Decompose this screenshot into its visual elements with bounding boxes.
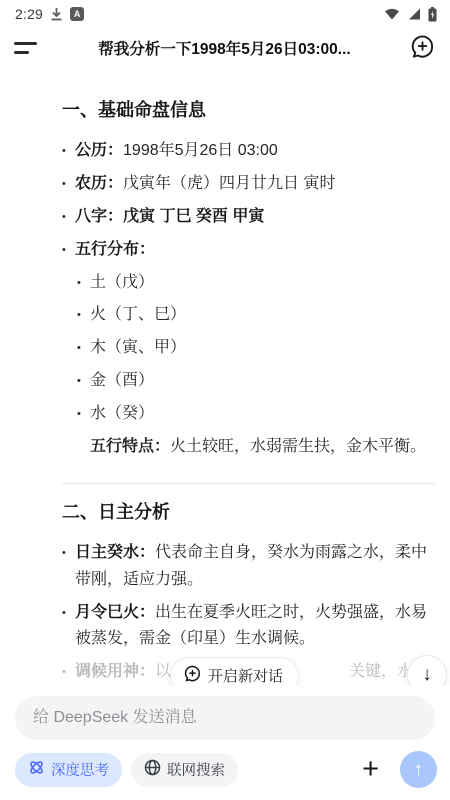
web-search-label: 联网搜索: [167, 759, 225, 780]
chat-plus-icon: [409, 33, 436, 63]
bullet-marker: [77, 401, 90, 428]
item-value: 戊寅年（虎）四月廿九日 寅时: [123, 175, 335, 192]
list-item: 公历：1998年5月26日 03:00: [62, 138, 435, 165]
wuxing-sub-list: 土（戊） 火（丁、巳） 木（寅、甲） 金（酉） 水（癸）: [77, 270, 435, 428]
battery-charging-icon: [428, 7, 437, 22]
page-title: 帮我分析一下1998年5月26日03:00...: [40, 37, 409, 59]
deep-think-label: 深度思考: [51, 759, 109, 780]
plus-icon: +: [362, 753, 379, 785]
status-bar: 2:29 A: [0, 0, 450, 28]
item-value: 1998年5月26日 03:00: [123, 142, 278, 159]
bullet-marker: [62, 237, 75, 264]
item-value: 火（丁、巳）: [90, 302, 435, 329]
send-button[interactable]: ↑: [400, 751, 437, 788]
note-label: 五行特点：: [90, 438, 170, 455]
item-label: 月令巳火：: [75, 604, 155, 621]
bullet-marker: [62, 204, 75, 231]
atom-icon: [28, 759, 45, 780]
wuxing-note: 五行特点：火土较旺，水弱需生扶，金木平衡。: [90, 434, 435, 461]
bullet-marker: [62, 600, 75, 654]
item-label: 农历：: [75, 175, 123, 192]
item-label: 调候用神：: [75, 663, 155, 680]
deep-think-toggle[interactable]: 深度思考: [15, 753, 122, 787]
list-item: 金（酉）: [77, 368, 435, 395]
list-item: 八字：戊寅 丁巳 癸酉 甲寅: [62, 204, 435, 231]
assistant-message: 一、基础命盘信息 公历：1998年5月26日 03:00 农历：戊寅年（虎）四月…: [0, 68, 450, 713]
list-item: 五行分布：: [62, 237, 435, 264]
bullet-marker: [77, 270, 90, 297]
status-bar-left: 2:29 A: [15, 6, 84, 22]
web-search-toggle[interactable]: 联网搜索: [131, 753, 238, 787]
bullet-marker: [77, 302, 90, 329]
bullet-marker: [62, 138, 75, 165]
wifi-icon: [384, 8, 400, 20]
section-heading: 一、基础命盘信息: [62, 96, 435, 122]
composer: 深度思考 联网搜索 + ↑: [0, 686, 450, 800]
list-item-text: 五行分布：: [75, 237, 435, 264]
item-value: 水（癸）: [90, 401, 435, 428]
item-value: 土（戊）: [90, 270, 435, 297]
attach-button[interactable]: +: [360, 755, 381, 784]
message-input[interactable]: [15, 696, 435, 740]
clock: 2:29: [15, 6, 43, 22]
list-item-text: 日主癸水：代表命主自身，癸水为雨露之水，柔中带刚，适应力强。: [75, 540, 435, 594]
section-heading: 二、日主分析: [62, 498, 435, 524]
list-item: 农历：戊寅年（虎）四月廿九日 寅时: [62, 171, 435, 198]
section-divider: [62, 483, 435, 484]
note-text: 火土较旺，水弱需生扶，金木平衡。: [170, 438, 426, 455]
item-value: 木（寅、甲）: [90, 335, 435, 362]
item-value: 戊寅 丁巳 癸酉 甲寅: [123, 208, 264, 225]
list-item: 火（丁、巳）: [77, 302, 435, 329]
menu-icon[interactable]: [14, 42, 40, 53]
chat-header: 帮我分析一下1998年5月26日03:00...: [0, 28, 450, 68]
item-label: 五行分布：: [75, 241, 155, 258]
list-item-text: 公历：1998年5月26日 03:00: [75, 138, 435, 165]
list-item-text: 月令巳火：出生在夏季火旺之时，火势强盛，水易被蒸发，需金（印星）生水调候。: [75, 600, 435, 654]
item-label: 八字：: [75, 208, 123, 225]
list-item: 月令巳火：出生在夏季火旺之时，火势强盛，水易被蒸发，需金（印星）生水调候。: [62, 600, 435, 654]
globe-icon: [144, 759, 161, 780]
status-bar-right: [384, 7, 437, 22]
download-icon: [50, 7, 63, 21]
bullet-marker: [62, 540, 75, 594]
list-item-text: 农历：戊寅年（虎）四月廿九日 寅时: [75, 171, 435, 198]
item-label: 公历：: [75, 142, 123, 159]
new-chat-header-button[interactable]: [409, 33, 436, 63]
chat-plus-icon: [183, 664, 202, 687]
list-item: 木（寅、甲）: [77, 335, 435, 362]
list-item: 水（癸）: [77, 401, 435, 428]
arrow-up-icon: ↑: [414, 759, 423, 780]
arrow-down-icon: ↓: [422, 664, 432, 686]
item-value: 金（酉）: [90, 368, 435, 395]
item-value: 以: [155, 663, 171, 680]
deepseek-chat-screen: 2:29 A 帮我分析一下1998年5月26日03:00...: [0, 0, 450, 800]
bullet-marker: [77, 335, 90, 362]
list-item: 土（戊）: [77, 270, 435, 297]
list-item: 日主癸水：代表命主自身，癸水为雨露之水，柔中带刚，适应力强。: [62, 540, 435, 594]
bullet-marker: [62, 171, 75, 198]
item-label: 日主癸水：: [75, 544, 155, 561]
composer-toolbar: 深度思考 联网搜索 + ↑: [0, 751, 450, 788]
bullet-marker: [77, 368, 90, 395]
cellular-icon: [407, 8, 421, 20]
list-item-text: 八字：戊寅 丁巳 癸酉 甲寅: [75, 204, 435, 231]
app-badge-icon: A: [70, 7, 84, 21]
new-chat-label: 开启新对话: [208, 665, 283, 686]
